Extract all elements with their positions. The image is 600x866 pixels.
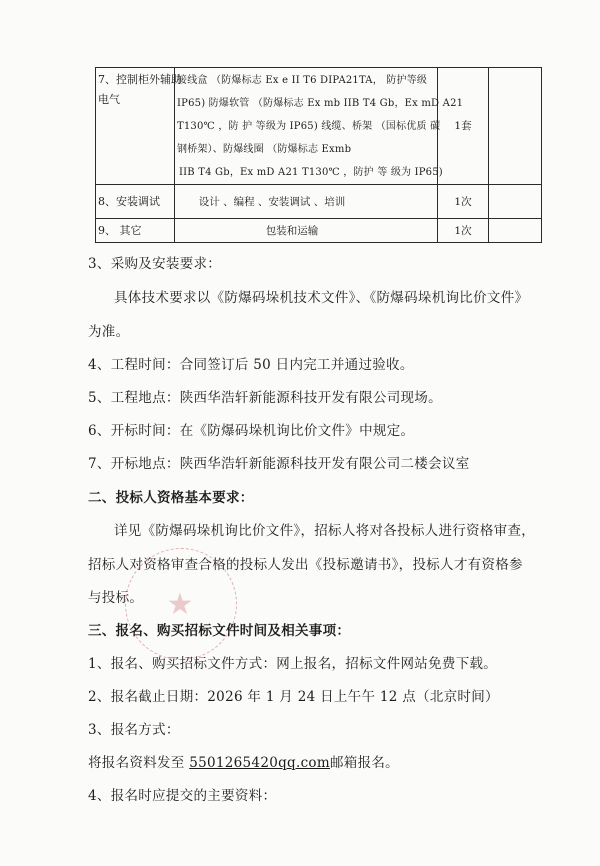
seal-star-icon: ★ <box>160 585 200 625</box>
item-cell: 7、控制柜外辅助 电气 <box>96 68 175 185</box>
section-3-body: 具体技术要求以《防爆码垛机技术文件》、《防爆码垛机询比价文件》 <box>114 289 528 307</box>
document-page: 7、控制柜外辅助 电气 接线盒 （防爆标志 Ex e II T6 DIPA21T… <box>0 0 600 866</box>
remark-cell <box>489 219 542 243</box>
section-6-opening-time: 6、开标时间：在《防爆码垛机询比价文件》中规定。 <box>88 422 414 440</box>
item-cell: 9、 其它 <box>96 219 175 243</box>
quantity-cell: 1次 <box>438 219 489 243</box>
section-3-body-cont: 为准。 <box>88 323 129 341</box>
quantity-cell: 1套 <box>438 68 489 185</box>
remark-cell <box>489 68 542 185</box>
spec-cell: 设计 、编程 、安装调试 、培训 <box>175 185 438 219</box>
section-5-location: 5、工程地点：陕西华浩轩新能源科技开发有限公司现场。 <box>88 389 442 407</box>
part-3-email-line: 将报名资料发至 5501265420qq.com邮箱报名。 <box>88 754 399 772</box>
procurement-items-table: 7、控制柜外辅助 电气 接线盒 （防爆标志 Ex e II T6 DIPA21T… <box>95 67 542 243</box>
part-2-body: 详见《防爆码垛机询比价文件》，招标人将对各投标人进行资格审查， <box>114 522 535 540</box>
spec-cell: 包装和运输 <box>175 219 438 243</box>
section-4-duration: 4、工程时间：合同签订后 50 日内完工并通过验收。 <box>88 356 414 374</box>
part-3-item-4: 4、报名时应提交的主要资料： <box>88 787 276 805</box>
spec-cell: 接线盒 （防爆标志 Ex e II T6 DIPA21TA， 防护等级 IP65… <box>175 68 438 185</box>
part-3-item-2-deadline: 2、报名截止日期：2026 年 1 月 24 日上午午 12 点（北京时间） <box>88 688 499 706</box>
table-row: 7、控制柜外辅助 电气 接线盒 （防爆标志 Ex e II T6 DIPA21T… <box>96 68 542 185</box>
table-row: 9、 其它 包装和运输 1次 <box>96 219 542 243</box>
item-cell: 8、安装调试 <box>96 185 175 219</box>
part-3-item-3: 3、报名方式： <box>88 721 180 739</box>
section-7-opening-venue: 7、开标地点：陕西华浩轩新能源科技开发有限公司二楼会议室 <box>88 455 470 473</box>
part-2-heading: 二、投标人资格基本要求： <box>88 489 254 507</box>
part-3-item-1: 1、报名、购买招标文件方式：网上报名，招标文件网站免费下载。 <box>88 655 497 673</box>
remark-cell <box>489 185 542 219</box>
email-link[interactable]: 5501265420qq.com <box>189 755 330 771</box>
quantity-cell: 1次 <box>438 185 489 219</box>
table-row: 8、安装调试 设计 、编程 、安装调试 、培训 1次 <box>96 185 542 219</box>
section-3-title: 3、采购及安装要求： <box>88 255 221 273</box>
